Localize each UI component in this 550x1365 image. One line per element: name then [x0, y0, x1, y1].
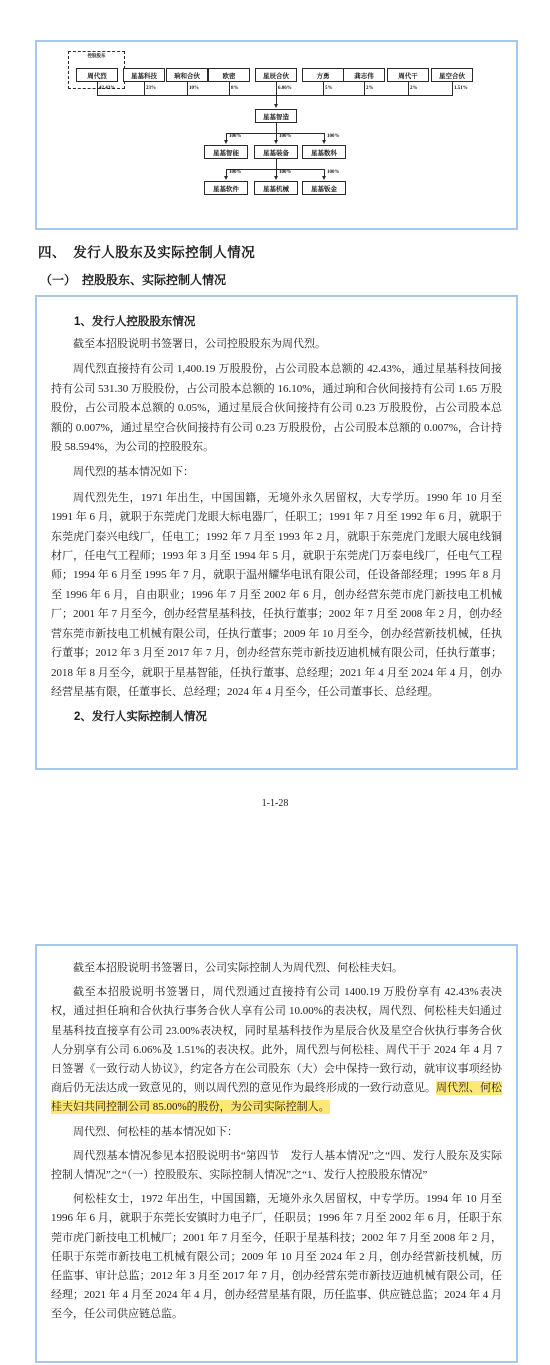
connector-line	[323, 82, 324, 95]
shareholder-box: 方勇	[302, 68, 344, 82]
percent-label: 5%	[325, 86, 333, 91]
paragraph: 周代烈、何松桂的基本情况如下：	[51, 1123, 502, 1142]
percent-label: 2%	[366, 86, 374, 91]
subsidiary-box: 星基智能	[204, 145, 248, 159]
connector-line	[97, 82, 98, 95]
connector-line	[408, 82, 409, 95]
subsection-heading: （一） 控股股东、实际控制人情况	[40, 271, 226, 288]
shareholder-box: 欧密	[208, 68, 250, 82]
connector-line	[276, 159, 277, 169]
paragraph: 截至本招股说明书签署日，周代烈通过直接持有公司 1400.19 万股份享有 42…	[51, 983, 502, 1117]
paragraph: 截至本招股说明书签署日，公司实际控制人为周代烈、何松桂夫妇。	[51, 959, 502, 978]
page-2-content-box: 截至本招股说明书签署日，公司实际控制人为周代烈、何松桂夫妇。 截至本招股说明书签…	[35, 944, 518, 1363]
shareholder-box: 星空合伙	[431, 68, 473, 82]
shareholder-box: 星辰合伙	[255, 68, 297, 82]
arrow-down-icon	[274, 104, 278, 108]
percent-label: 10%	[189, 86, 199, 91]
heading-actual-controller: 2、发行人实际控制人情况	[51, 708, 502, 724]
heading-controlling-shareholder: 1、发行人控股股东情况	[51, 313, 502, 329]
percent-label: 100%	[229, 170, 242, 175]
paragraph: 何松桂女士，1972 年出生，中国国籍，无境外永久居留权，中专学历。1994 年…	[51, 1190, 502, 1324]
page-1-content-box: 1、发行人控股股东情况 截至本招股说明书签署日，公司控股股东为周代烈。 周代烈直…	[35, 295, 518, 770]
shareholder-box: 龚志伟	[343, 68, 385, 82]
subsidiary-box: 星基钣金	[302, 181, 346, 195]
percent-label: 2%	[410, 86, 418, 91]
shareholder-box: 周代烈	[76, 68, 118, 82]
section-heading: 四、 发行人股东及实际控制人情况	[38, 241, 255, 261]
page-number: 1-1-28	[0, 798, 550, 809]
paragraph: 截至本招股说明书签署日，公司控股股东为周代烈。	[51, 335, 502, 354]
percent-label: 42.43%	[99, 86, 115, 91]
percent-label: 6.06%	[278, 86, 292, 91]
percent-label: 100%	[279, 134, 292, 139]
percent-label: 100%	[327, 134, 340, 139]
connector-line	[452, 82, 453, 95]
paragraph: 周代烈的基本情况如下：	[51, 463, 502, 482]
subsidiary-box: 星基机械	[254, 181, 298, 195]
percent-label: 100%	[279, 170, 292, 175]
percent-label: 1.51%	[454, 86, 468, 91]
subsidiary-box: 星基数科	[302, 145, 346, 159]
connector-line	[229, 82, 230, 95]
paragraph-text: 截至本招股说明书签署日，周代烈通过直接持有公司 1400.19 万股份享有 42…	[51, 986, 502, 1094]
arrow-down-icon	[274, 176, 278, 180]
percent-label: 100%	[327, 170, 340, 175]
connector-line	[276, 82, 277, 95]
shareholder-box: 星基科技	[123, 68, 165, 82]
connector-line	[187, 82, 188, 95]
arrow-down-icon	[322, 176, 326, 180]
arrow-down-icon	[274, 140, 278, 144]
connector-line	[364, 82, 365, 95]
subsidiary-box: 星基装备	[254, 145, 298, 159]
shareholding-structure-chart: 控股股东 周代烈 星基科技 珦和合伙 欧密 星辰合伙 方勇 龚志伟 周代干 星空…	[35, 40, 518, 230]
subsidiary-box: 星基软件	[204, 181, 248, 195]
controlling-shareholder-label: 控股股东	[69, 53, 124, 59]
paragraph: 周代烈直接持有公司 1,400.19 万股股份，占公司股本总额的 42.43%，…	[51, 360, 502, 457]
shareholder-box: 珦和合伙	[166, 68, 208, 82]
paragraph: 周代烈基本情况参见本招股说明书“第四节 发行人基本情况”之“四、发行人股东及实际…	[51, 1147, 502, 1185]
arrow-down-icon	[322, 140, 326, 144]
percent-label: 100%	[229, 134, 242, 139]
arrow-down-icon	[224, 176, 228, 180]
arrow-down-icon	[224, 140, 228, 144]
connector-line	[276, 123, 277, 133]
percent-label: 23%	[146, 86, 156, 91]
company-box: 星基智造	[255, 109, 297, 123]
connector-line	[144, 82, 145, 95]
shareholder-box: 周代干	[387, 68, 429, 82]
connector-line	[97, 95, 453, 96]
percent-label: 8%	[231, 86, 239, 91]
paragraph: 周代烈先生，1971 年出生，中国国籍，无境外永久居留权，大专学历。1990 年…	[51, 489, 502, 702]
